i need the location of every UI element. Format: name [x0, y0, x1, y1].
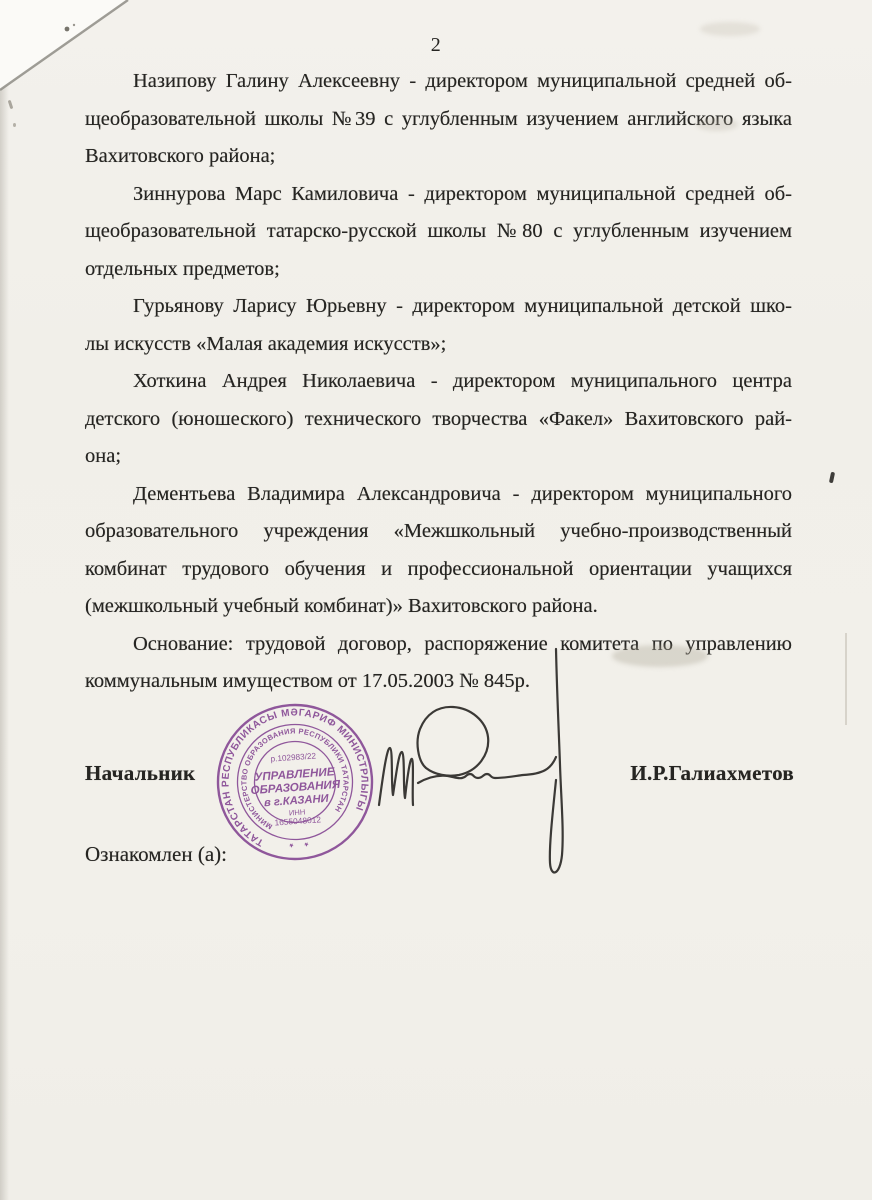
doc-line: щеобразовательной татарско-русской школы… — [85, 213, 792, 251]
doc-line: она; — [85, 438, 792, 476]
scan-speck — [829, 472, 835, 484]
position-label: Начальник — [85, 761, 195, 786]
document-body: Назипову Галину Алексеевну - директором … — [85, 63, 792, 701]
stamp-registration-number: р.102983/22 — [270, 751, 316, 763]
stamp-inn-value: 1655048012 — [274, 814, 322, 827]
scan-speck — [13, 123, 16, 127]
bleedthrough-smudge — [612, 645, 708, 667]
doc-line: Назипову Галину Алексеевну - директором … — [85, 63, 792, 101]
doc-line: Гурьянову Ларису Юрьевну - директором му… — [85, 288, 792, 326]
official-stamp: ТАТАРСТАН РЕСПУБЛИКАСЫ МӘГАРИФ МИНИСТРЛЫ… — [204, 691, 385, 872]
doc-line: комбинат трудового обучения и профессион… — [85, 551, 792, 589]
bleedthrough-smudge — [696, 118, 738, 131]
doc-line: отдельных предметов; — [85, 251, 792, 289]
scan-line-artifact — [845, 633, 847, 725]
doc-line: Зиннурова Марс Камиловича - директором м… — [85, 176, 792, 214]
doc-line: лы искусств «Малая академия искусств»; — [85, 326, 792, 364]
doc-line: образовательного учреждения «Межшкольный… — [85, 513, 792, 551]
stamp-separator-star: * — [289, 837, 294, 848]
stamp-separator-star: * — [304, 836, 309, 847]
doc-line: Хоткина Андрея Николаевича - директором … — [85, 363, 792, 401]
doc-line: Дементьева Владимира Александровича - ди… — [85, 476, 792, 514]
doc-line: щеобразовательной школы №39 с углубленны… — [85, 101, 792, 139]
page-number: 2 — [0, 34, 872, 57]
scanned-document-page: 2 Назипову Галину Алексеевну - директоро… — [0, 0, 872, 1200]
signer-name: И.Р.Галиахметов — [630, 761, 794, 786]
handwritten-signature — [360, 635, 600, 895]
acknowledgment-label: Ознакомлен (а): — [85, 842, 227, 867]
bleedthrough-smudge — [700, 22, 760, 36]
doc-line: (межшкольный учебный комбинат)» Вахитовс… — [85, 588, 792, 626]
doc-line: детского (юношеского) технического творч… — [85, 401, 792, 439]
doc-line: Вахитовского района; — [85, 138, 792, 176]
